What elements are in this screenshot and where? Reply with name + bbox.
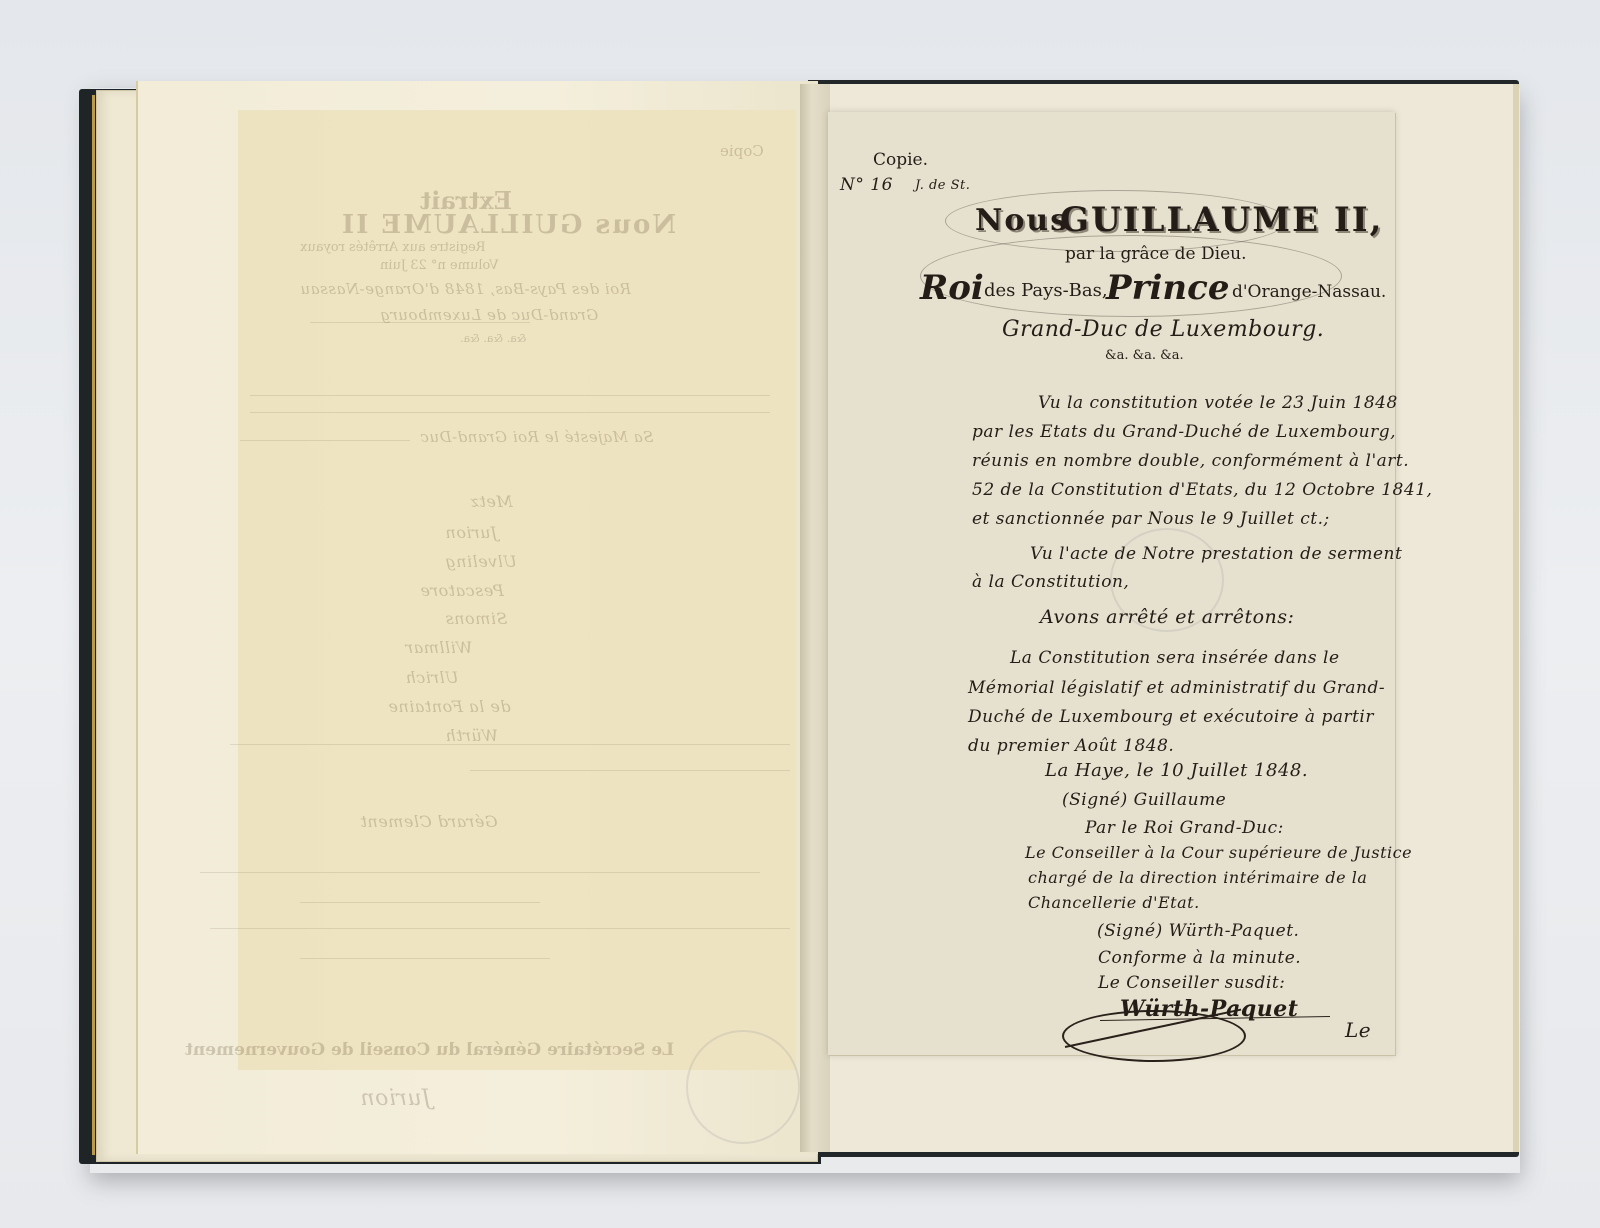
signed-king: (Signé) Guillaume (1062, 790, 1226, 810)
document-number-suffix: J. de St. (915, 178, 970, 193)
showthrough-bottom-signature: Jurion (360, 1086, 431, 1111)
conforme-note: Conforme à la minute. (1098, 948, 1301, 968)
title-guillaume: GUILLAUME II, (1060, 200, 1383, 240)
book-gutter (800, 84, 830, 1152)
title-etc: &a. &a. &a. (1105, 348, 1184, 363)
showthrough-name: Metz (470, 492, 513, 511)
showthrough-subline-5: &a. &a. &a. (460, 332, 527, 345)
title-nous: Nous (975, 203, 1069, 238)
body-line: Duché de Luxembourg et exécutoire à part… (968, 707, 1374, 727)
body-line: Vu la constitution votée le 23 Juin 1848 (1038, 393, 1398, 413)
conseiller-susdit: Le Conseiller susdit: (1098, 973, 1285, 993)
showthrough-line (300, 958, 550, 959)
decree-statement: Avons arrêté et arrêtons: (1040, 606, 1294, 628)
copie-label: Copie. (873, 150, 928, 170)
showthrough-subline-1: Registre aux Arrêtés royaux (300, 240, 486, 255)
body-line: par les Etats du Grand-Duché de Luxembou… (972, 422, 1396, 442)
showthrough-bottom-line: Le Secrétaire Général du Conseil de Gouv… (185, 1040, 674, 1060)
showthrough-line (250, 412, 770, 413)
body-line: Mémorial législatif et administratif du … (968, 678, 1385, 698)
place-date: La Haye, le 10 Juillet 1848. (1045, 760, 1308, 781)
showthrough-name: Jurion (445, 523, 497, 542)
body-line: 52 de la Constitution d'Etats, du 12 Oct… (972, 480, 1432, 500)
showthrough-line (250, 395, 770, 396)
signature-paraph: Le (1345, 1018, 1371, 1042)
by-king-grand-duc: Par le Roi Grand-Duc: (1085, 818, 1284, 838)
title-grand-duc: Grand-Duc de Luxembourg. (1002, 317, 1324, 342)
title-pays-bas: des Pays-Bas, (984, 280, 1108, 301)
body-line: Chancellerie d'Etat. (1028, 893, 1200, 912)
showthrough-underline (310, 322, 530, 323)
title-grace: par la grâce de Dieu. (1065, 244, 1246, 264)
showthrough-name: Pescatore (420, 581, 504, 600)
showthrough-clement-line: Gérard Clement (360, 812, 498, 831)
showthrough-subline-2: Volume n° 23 Juin (380, 258, 499, 273)
body-line: réunis en nombre double, conformément à … (972, 451, 1409, 471)
body-line: chargé de la direction intérimaire de la (1028, 868, 1367, 887)
body-line: Vu l'acte de Notre prestation de serment (1030, 544, 1402, 564)
title-prince: Prince (1106, 268, 1229, 308)
showthrough-name: Willmar (405, 638, 472, 657)
gilt-edge (92, 95, 95, 1155)
body-line: à la Constitution, (972, 572, 1129, 592)
showthrough-name: de la Fontaine (388, 697, 511, 716)
body-line: du premier Août 1848. (968, 736, 1174, 756)
showthrough-name: Simons (445, 609, 507, 628)
showthrough-line (200, 872, 760, 873)
showthrough-line (240, 440, 410, 441)
body-line: La Constitution sera insérée dans le (1010, 648, 1340, 668)
document-number: N° 16 (840, 175, 893, 195)
showthrough-line (470, 770, 790, 771)
showthrough-majesty-line: Sa Majesté le Roi Grand-Duc (420, 428, 654, 446)
showthrough-name: Ulrich (405, 668, 459, 687)
body-line: Le Conseiller à la Cour supérieure de Ju… (1025, 843, 1412, 862)
showthrough-name: Würth (445, 726, 498, 745)
title-orange-nassau: d'Orange-Nassau. (1232, 282, 1386, 302)
showthrough-line (210, 928, 790, 929)
showthrough-corner-mark: Copie (720, 142, 764, 160)
embossed-seal-left (686, 1030, 800, 1144)
body-line: et sanctionnée par Nous le 9 Juillet ct.… (972, 509, 1330, 529)
showthrough-subline-3: Roi des Pays-Bas, 1848 d'Orange-Nassau (300, 280, 631, 298)
showthrough-line (300, 902, 540, 903)
title-roi: Roi (920, 268, 984, 308)
signed-counsellor: (Signé) Würth-Paquet. (1097, 921, 1299, 941)
showthrough-name: Ulveling (445, 552, 517, 571)
signature-text: Würth-Paquet (1120, 996, 1298, 1022)
showthrough-title: Nous GUILLAUME II (340, 210, 676, 240)
showthrough-line (230, 744, 790, 745)
